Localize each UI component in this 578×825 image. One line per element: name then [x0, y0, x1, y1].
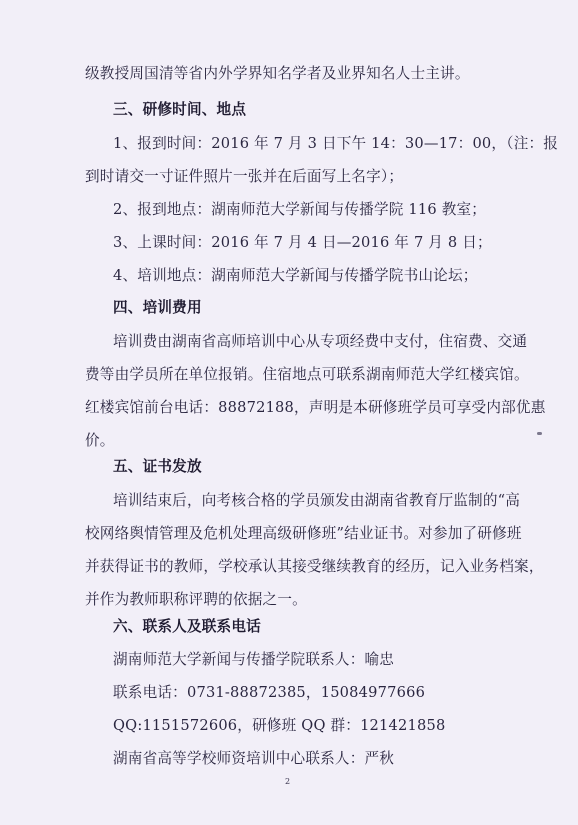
scan-speck — [537, 432, 542, 435]
contact-line: 湖南省高等学校师资培训中心联系人：严秋 — [113, 749, 394, 769]
schedule-item-training-place: 4、培训地点：湖南师范大学新闻与传播学院书山论坛； — [113, 266, 478, 286]
contact-qq-line: QQ:1151572606，研修班 QQ 群：121421858 — [113, 716, 445, 736]
contact-phone-line: 联系电话：0731-88872385，15084977666 — [113, 683, 425, 703]
document-page: 级教授周国清等省内外学界知名学者及业界知名人士主讲。 三、研修时间、地点 1、报… — [0, 0, 578, 825]
fees-paragraph-line: 费等由学员所在单位报销。住宿地点可联系湖南师范大学红楼宾馆。 — [85, 365, 495, 385]
certificate-paragraph-line: 校网络舆情管理及危机处理高级研修班”结业证书。对参加了研修班 — [85, 524, 495, 544]
certificate-paragraph-line: 并获得证书的教师，学校承认其接受继续教育的经历，记入业务档案， — [85, 557, 495, 577]
certificate-paragraph-line: 并作为教师职称评聘的依据之一。 — [85, 590, 307, 610]
schedule-item-registration-note: 到时请交一寸证件照片一张并在后面写上名字）； — [85, 167, 403, 187]
section-heading-schedule-location: 三、研修时间、地点 — [113, 100, 246, 120]
fees-paragraph-line: 培训费由湖南省高师培训中心从专项经费中支付，住宿费、交通 — [113, 332, 495, 352]
schedule-item-registration-time: 1、报到时间：2016 年 7 月 3 日下午 14：30—17：00，（注：报 — [113, 134, 495, 154]
section-heading-contacts: 六、联系人及联系电话 — [113, 617, 261, 637]
contact-line: 湖南师范大学新闻与传播学院联系人：喻忠 — [113, 650, 394, 670]
schedule-item-registration-place: 2、报到地点：湖南师范大学新闻与传播学院 116 教室； — [113, 200, 486, 220]
paragraph-continuation: 级教授周国清等省内外学界知名学者及业界知名人士主讲。 — [85, 64, 470, 84]
fees-paragraph-line: 红楼宾馆前台电话：88872188，声明是本研修班学员可享受内部优惠 — [85, 398, 495, 418]
schedule-item-class-time: 3、上课时间：2016 年 7 月 4 日—2016 年 7 月 8 日； — [113, 233, 492, 253]
section-heading-fees: 四、培训费用 — [113, 298, 202, 318]
section-heading-certificate: 五、证书发放 — [113, 457, 202, 477]
certificate-paragraph-line: 培训结束后，向考核合格的学员颁发由湖南省教育厅监制的“高 — [113, 491, 495, 511]
fees-paragraph-line: 价。 — [85, 431, 115, 451]
page-number: 2 — [285, 777, 290, 786]
